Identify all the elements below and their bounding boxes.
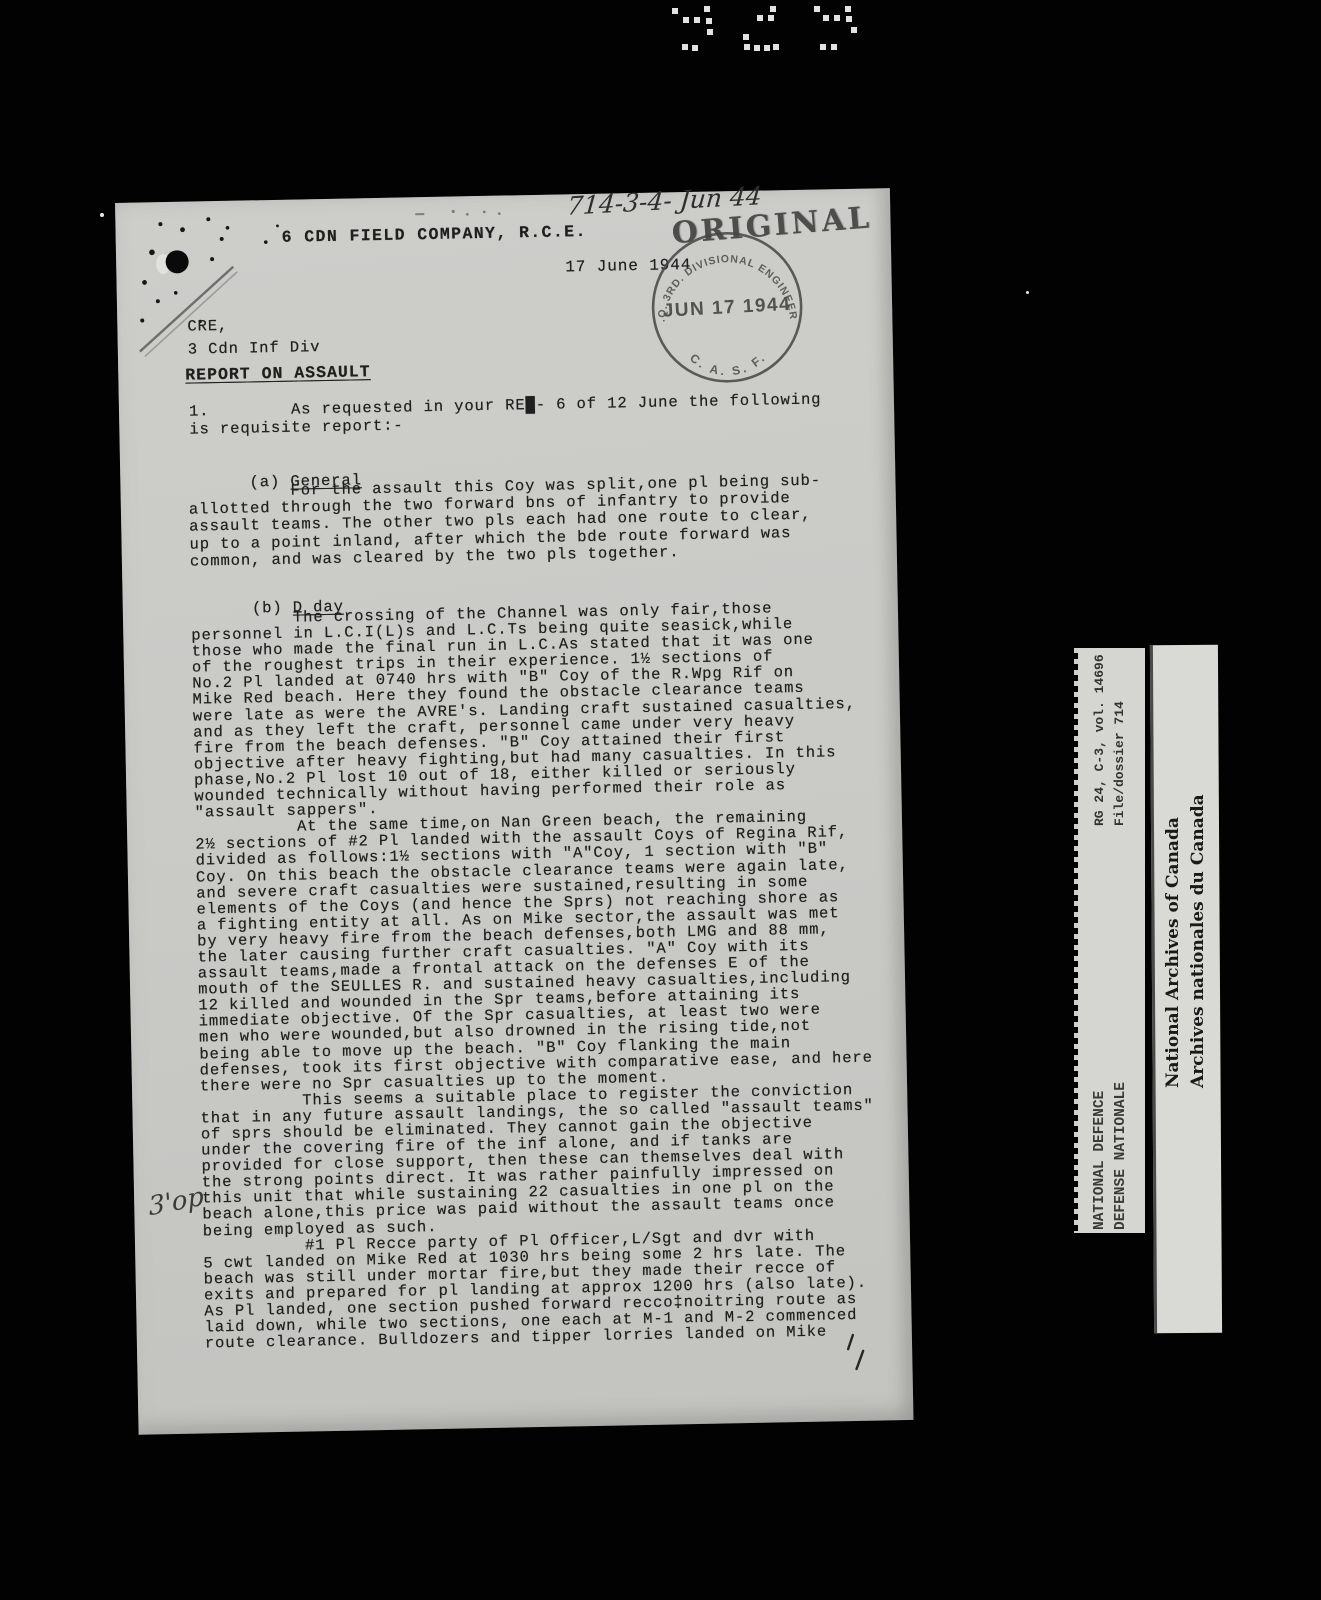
text-line: File/dossier 714: [1110, 650, 1130, 826]
text-line: Archives nationales du Canada: [1186, 818, 1211, 1088]
paragraph-1: 1. As requested in your RE█- 6 of 12 Jun…: [189, 390, 822, 438]
paper-tear-highlight: [156, 254, 170, 274]
defence-strip-department: NATIONAL DEFENCEDEFENSE NATIONALE: [1090, 1070, 1138, 1230]
date-received-stamp: H.Q. 3RD. DIVISIONAL ENGINEERS JUN 17 19…: [639, 220, 814, 395]
archives-strip-label: National Archives of CanadaArchives nati…: [1161, 818, 1215, 1088]
margin-note-handwritten: 3'op: [147, 1182, 205, 1223]
microfilm-frame: 714-3-4- Jun 44 6 CDN FIELD COMPANY, R.C…: [0, 0, 1321, 1600]
text-line: CRE,: [187, 313, 320, 338]
text-line: RG 24, C-3, vol. 14696: [1090, 650, 1110, 826]
unit-header: 6 CDN FIELD COMPANY, R.C.E.: [282, 222, 587, 247]
report-title: REPORT ON ASSAULT: [185, 362, 371, 385]
frame-number-dots: [0, 0, 1321, 60]
text-line: DEFENSE NATIONALE: [1111, 1070, 1132, 1230]
defence-strip-reference: RG 24, C-3, vol. 14696File/dossier 714: [1090, 650, 1134, 826]
section-b-paragraph: The crossing of the Channel was only fai…: [191, 599, 878, 1352]
text-line: 3 Cdn Inf Div: [188, 336, 321, 361]
text-line: National Archives of Canada: [1161, 818, 1186, 1088]
film-speck: [1026, 291, 1029, 294]
addressee-block: CRE,3 Cdn Inf Div: [187, 313, 320, 361]
document-page: 714-3-4- Jun 44 6 CDN FIELD COMPANY, R.C…: [115, 188, 914, 1435]
hole-punch: [165, 250, 188, 273]
svg-text:JUN 17 1944: JUN 17 1944: [662, 294, 791, 322]
ink-marks: [848, 1335, 864, 1369]
section-a-paragraph: For the assault this Coy was split,one p…: [188, 473, 822, 571]
text-line: NATIONAL DEFENCE: [1090, 1070, 1111, 1230]
film-speck: [100, 213, 104, 217]
smudge-marks: [415, 209, 500, 217]
